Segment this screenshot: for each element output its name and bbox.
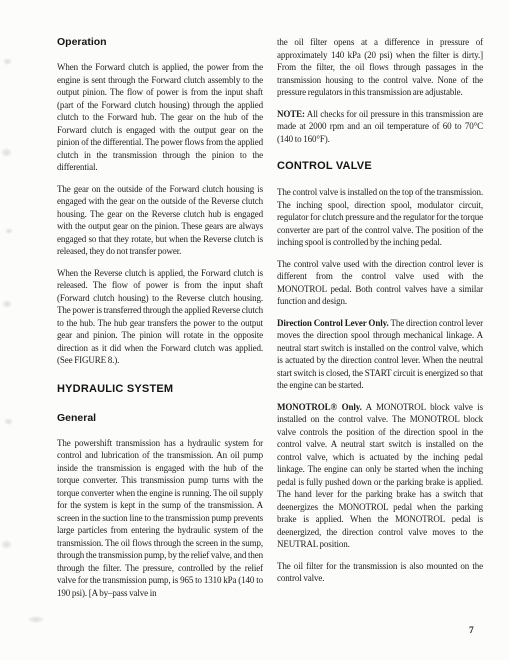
heading-operation: Operation: [57, 36, 263, 48]
scan-artifact: [5, 228, 13, 234]
paragraph-direction-lever: Direction Control Lever Only. The direct…: [277, 317, 483, 392]
scan-artifact: [3, 58, 12, 65]
paragraph-filter-continuation: the oil filter opens at a difference in …: [277, 36, 483, 99]
monotrol-lead: MONOTROL® Only.: [277, 402, 362, 412]
paragraph-oil-filter: The oil filter for the transmission is a…: [277, 560, 483, 585]
paragraph-operation-3: When the Reverse clutch is applied, the …: [57, 267, 263, 367]
scan-artifact: [4, 418, 13, 425]
note-label: NOTE:: [277, 109, 305, 119]
paragraph-general-1: The powershift transmission has a hydrau…: [57, 437, 263, 600]
scan-artifact: [28, 616, 44, 623]
direction-lever-text: The direction control lever moves the di…: [277, 318, 483, 391]
scan-artifact: [2, 300, 12, 308]
page-number: 7: [469, 626, 474, 636]
heading-hydraulic-system: HYDRAULIC SYSTEM: [57, 383, 263, 395]
paragraph-control-valve-1: The control valve is installed on the to…: [277, 186, 483, 249]
monotrol-text: A MONOTROL block valve is installed on t…: [277, 402, 483, 550]
heading-control-valve: CONTROL VALVE: [277, 160, 483, 172]
right-column: the oil filter opens at a difference in …: [277, 36, 483, 594]
paragraph-operation-1: When the Forward clutch is applied, the …: [57, 61, 263, 174]
paragraph-control-valve-2: The control valve used with the directio…: [277, 258, 483, 308]
document-page: Operation When the Forward clutch is app…: [0, 0, 510, 660]
left-column: Operation When the Forward clutch is app…: [57, 36, 263, 608]
scan-artifact: [1, 540, 12, 549]
paragraph-monotrol: MONOTROL® Only. A MONOTROL block valve i…: [277, 401, 483, 551]
heading-general: General: [57, 412, 263, 424]
paragraph-operation-2: The gear on the outside of the Forward c…: [57, 183, 263, 258]
scan-artifact: [1, 148, 12, 157]
note-text: All checks for oil pressure in this tran…: [277, 109, 483, 144]
direction-lever-lead: Direction Control Lever Only.: [277, 318, 389, 328]
paragraph-note: NOTE: All checks for oil pressure in thi…: [277, 108, 483, 146]
